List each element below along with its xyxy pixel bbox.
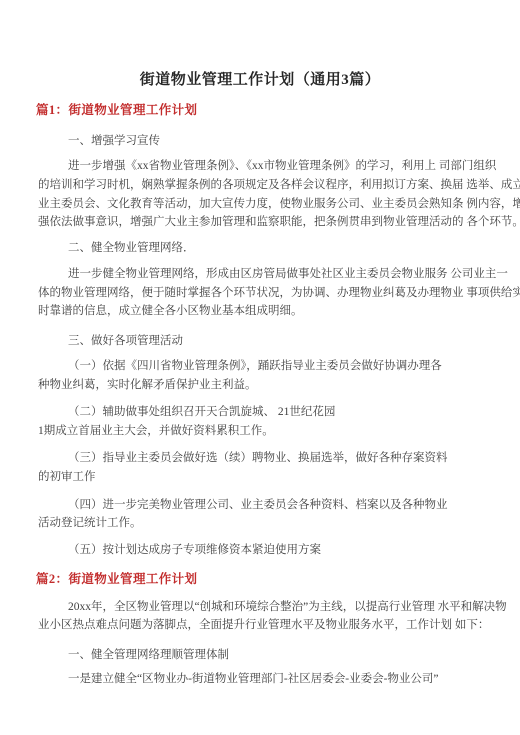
text-line: 体的物业管理网络，便于随时掌握各个环节状况，为协调、办理物业纠葛及办理物业 事项… (38, 287, 520, 301)
text-line: （三）指导业主委员会做好选（续）聘物业、换届选举，做好各种存案资料 (68, 452, 448, 466)
text-line: 的培训和学习时机，娴熟掌握条例的各项规定及各样会议程序，利用拟订方案、换届 选举… (38, 179, 520, 193)
text-line: 1期成立首届业主大会，并做好资料累积工作。 (38, 425, 274, 439)
text-line: 业小区热点难点问题为落脚点，全面提升行业管理水平及物业服务水平，工作计划 如下： (38, 619, 489, 633)
document-title: 街道物业管理工作计划（通用3篇） (0, 71, 520, 89)
text-line: 种物业纠葛，实时化解矛盾保护业主利益。 (38, 379, 257, 393)
text-line: 时靠谱的信息，成立健全各小区物业基本组成明细。 (38, 305, 303, 319)
text-line: 三、做好各项管理活动 (68, 335, 183, 349)
text-line: （一）依据《四川省物业管理条例》，踊跃指导业主委员会做好协调办理各 (68, 360, 442, 374)
text-line: 20xx年，全区物业管理以“创城和环境综合整治”为主线，以提高行业管理 水平和解… (68, 601, 507, 615)
section-heading: 篇1：街道物业管理工作计划 (36, 103, 197, 118)
text-line: 一、增强学习宣传 (68, 135, 160, 149)
text-line: 业主委员会、文化教育等活动，加大宣传力度，使物业服务公司、业主委员会熟知条 例内… (38, 198, 520, 212)
text-line: 二、健全物业管理网络． (68, 242, 195, 256)
section-heading: 篇2：街道物业管理工作计划 (36, 572, 197, 587)
text-line: 活动登记统计工作。 (38, 517, 142, 531)
text-line: 一、健全管理网络理顺管理体制 (68, 649, 229, 663)
text-line: （五）按计划达成房子专项维修资本紧迫使用方案 (68, 544, 321, 558)
text-line: 进一步健全物业管理网络，形成由区房管局做事处社区业主委员会物业服务 公司业主一 (68, 268, 508, 282)
text-line: 进一步增强《xx省物业管理条例》、《xx市物业管理条例》的学习，利用上 司部门组… (68, 160, 496, 174)
document-page: 街道物业管理工作计划（通用3篇）篇1：街道物业管理工作计划一、增强学习宣传进一步… (0, 0, 520, 735)
text-line: 的初审工作 (38, 471, 96, 485)
text-line: （二）辅助做事处组织召开天合凯旋城、 21世纪花园 (68, 406, 335, 420)
text-line: 一是建立健全“区物业办-街道物业管理部门-社区居委会-业委会-物业公司” (68, 673, 439, 687)
text-line: 强依法做事意识，增强广大业主参加管理和监察职能，把条例贯串到物业管理活动的 各个… (38, 216, 520, 230)
text-line: （四）进一步完美物业管理公司、业主委员会各种资料、档案以及各种物业 (68, 499, 448, 513)
